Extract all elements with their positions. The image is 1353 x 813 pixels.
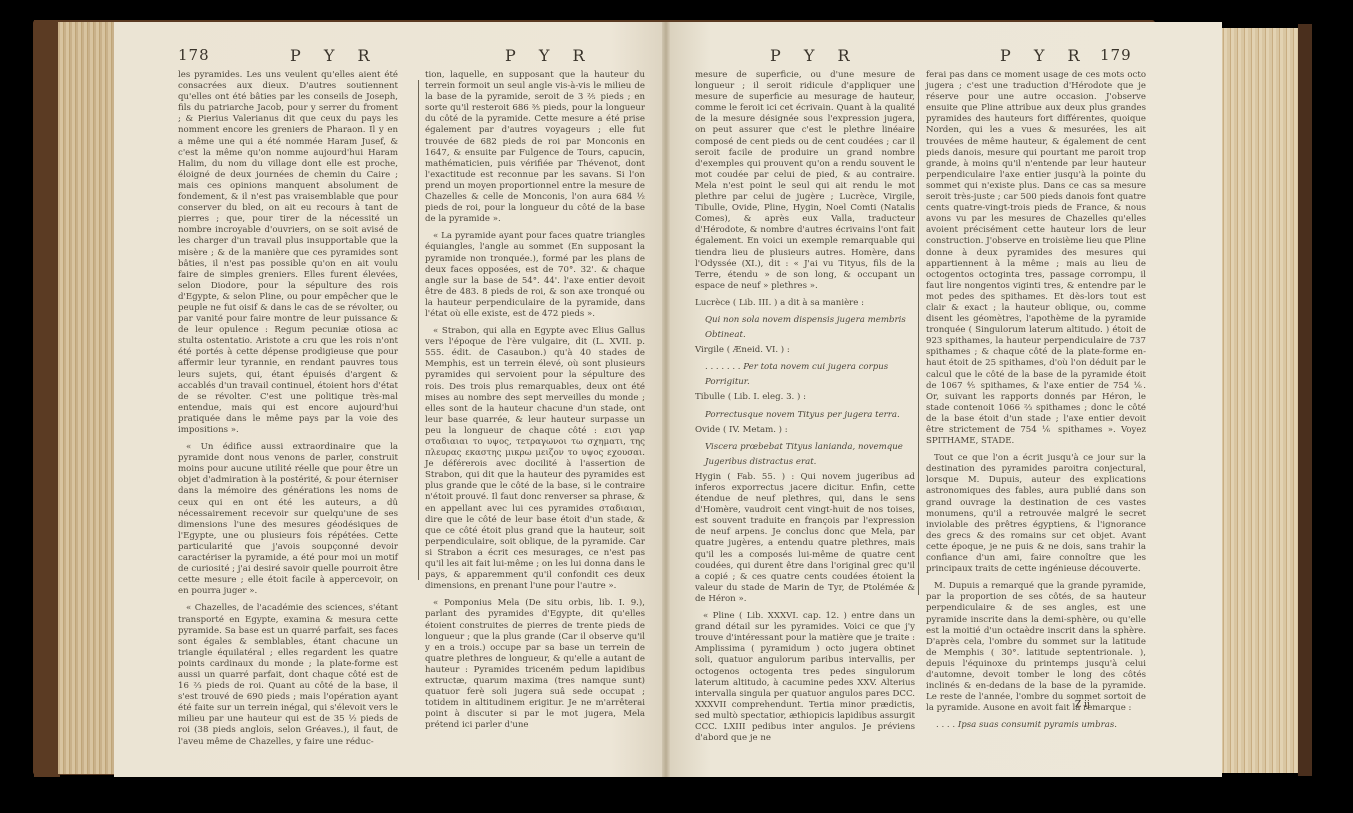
signature-mark: Z ij <box>1075 700 1090 710</box>
left-running-head-col2: P Y R <box>505 46 594 65</box>
quote-line: Qui non sola novem dispensis jugera memb… <box>695 315 915 326</box>
paragraph: « Pline ( Lib. XXXVI. cap. 12. ) entre d… <box>695 611 915 744</box>
paragraph: « Chazelles, de l'académie des sciences,… <box>178 603 398 747</box>
paragraph: « Un édifice aussi extraordinaire que la… <box>178 442 398 597</box>
closing-quote: . . . . Ipsa suas consumit pyramis umbra… <box>926 720 1146 731</box>
paragraph: mesure de superficie, ou d'une mesure de… <box>695 70 915 292</box>
book-cover-right <box>1298 24 1312 776</box>
column-rule <box>418 80 419 580</box>
right-running-head-col2: P Y R <box>1000 46 1089 65</box>
right-page-number: 179 <box>1100 46 1132 64</box>
paragraph: Hygin ( Fab. 55. ) : Qui novem jugeribus… <box>695 472 915 605</box>
paragraph: les pyramides. Les uns veulent qu'elles … <box>178 70 398 436</box>
quote-author: Virgile ( Æneid. VI. ) : <box>695 345 915 356</box>
right-column-1: mesure de superficie, ou d'une mesure de… <box>695 70 915 750</box>
left-column-2: tion, laquelle, en supposant que la haut… <box>425 70 645 737</box>
quote-line: Viscera prœbebat Tityus lanianda, novemq… <box>695 442 915 453</box>
paragraph: « La pyramide ayant pour faces quatre tr… <box>425 231 645 320</box>
right-column-2: ferai pas dans ce moment usage de ces mo… <box>926 70 1146 735</box>
paragraph: « Strabon, qui alla en Egypte avec Elius… <box>425 326 645 592</box>
quote-author: Lucrèce ( Lib. III. ) a dit à sa manière… <box>695 298 915 309</box>
quote-line: . . . . . . . Per tota novem cui jugera … <box>695 362 915 373</box>
quote-line: Obtineat. <box>695 330 915 341</box>
quote-line: Porrigitur. <box>695 377 915 388</box>
book-spine-left <box>34 20 60 777</box>
left-page-number: 178 <box>178 46 210 64</box>
quote-line: Porrectusque novem Tityus per jugera ter… <box>695 410 915 421</box>
paragraph: M. Dupuis a remarqué que la grande pyram… <box>926 581 1146 714</box>
paragraph: tion, laquelle, en supposant que la haut… <box>425 70 645 225</box>
quote-line: Jugeribus distractus erat. <box>695 457 915 468</box>
column-rule <box>918 80 919 595</box>
quote-author: Ovide ( IV. Metam. ) : <box>695 425 915 436</box>
paragraph: Tout ce que l'on a écrit jusqu'à ce jour… <box>926 453 1146 575</box>
left-running-head: P Y R <box>290 46 379 65</box>
right-running-head: P Y R <box>770 46 859 65</box>
paragraph: ferai pas dans ce moment usage de ces mo… <box>926 70 1146 447</box>
book-gutter <box>662 22 670 777</box>
page-edges-left <box>58 22 114 774</box>
quote-author: Tibulle ( Lib. I. eleg. 3. ) : <box>695 392 915 403</box>
left-column-1: les pyramides. Les uns veulent qu'elles … <box>178 70 398 754</box>
page-edges-right <box>1220 28 1298 773</box>
paragraph: « Pomponius Mela (De situ orbis, lib. I.… <box>425 598 645 731</box>
